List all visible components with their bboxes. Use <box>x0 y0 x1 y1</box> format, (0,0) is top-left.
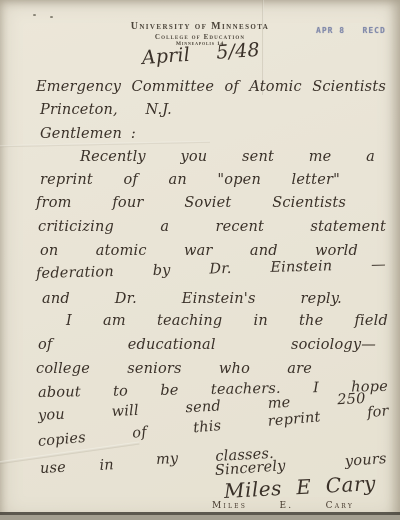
recipient-line: Princeton, N.J. <box>40 103 172 118</box>
body-line: from four Soviet Scientists <box>36 196 346 211</box>
received-date-stamp: APR 8 RECD <box>316 26 394 35</box>
scanned-letter: University of Minnesota College of Educa… <box>0 0 400 520</box>
body-line: and Dr. Einstein's reply. <box>42 292 342 307</box>
staple-mark <box>33 14 36 16</box>
recipient-line: Emergency Committee of Atomic Scientists <box>36 80 386 95</box>
salutation: Gentlemen : <box>40 127 136 142</box>
body-line: college seniors who are <box>36 362 312 377</box>
body-line: on atomic war and world <box>40 244 358 259</box>
scan-background-strip <box>0 515 400 520</box>
staple-mark <box>50 16 53 18</box>
body-line: criticizing a recent statement <box>38 220 386 235</box>
body-line: I am teaching in the field <box>66 314 388 329</box>
signature-printed-name: Miles E. Cary <box>212 502 354 511</box>
body-line: Recently you sent me a <box>80 150 375 165</box>
body-line: reprint of an "open letter" <box>40 173 340 188</box>
body-line: of educational sociology— <box>38 338 376 353</box>
